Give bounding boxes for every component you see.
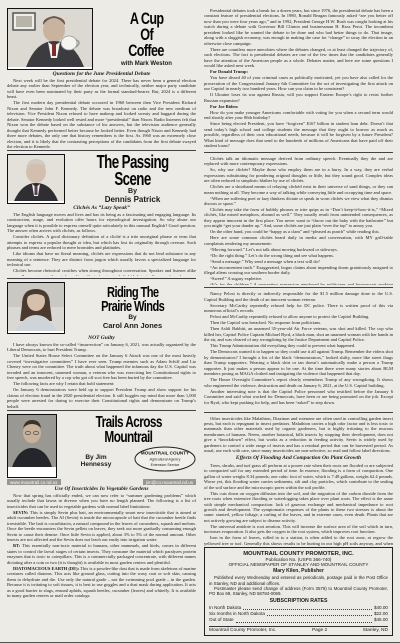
article-trails-mountrail: Trails Across Mountrail By Jim Hennessy …: [7, 414, 196, 599]
paragraph: The first modern day presidential debate…: [7, 100, 196, 148]
subscription-rates-title: SUBSCRIPTION RATES: [209, 598, 388, 604]
paragraph: Then Ashli Babbitt, an unarmed 35-year-o…: [204, 326, 393, 342]
dotted-leader: [236, 622, 372, 623]
masthead-publish-info: Published every Wednesday and entered as…: [209, 575, 388, 586]
paragraph: Nancy Pelosi is directly or indirectly r…: [204, 291, 393, 302]
article-cup-of-coffee: A Cup Of Coffee with Mark Weston Questio…: [7, 8, 196, 148]
paragraph: Here are some common clichés heard daily…: [204, 235, 393, 246]
footer-city: Stanley, ND: [363, 628, 388, 633]
trails-continuation: Other insecticides like Malathion, Diazi…: [204, 416, 393, 548]
passing-scene-title: The Passing Scene: [69, 154, 196, 188]
paragraph: Consider clichés. A good dictionary defi…: [7, 234, 196, 250]
footer-paper-name: Mountrail County Promoter, Inc.: [209, 628, 276, 633]
cup-of-coffee-byline: with Mark Weston: [97, 61, 196, 67]
paragraph: Then the Capitol was breached. No respon…: [204, 320, 393, 325]
paragraph: The English language moves and lives and…: [7, 212, 196, 234]
paragraph: I have always known the so-called “insur…: [7, 342, 196, 353]
paragraph: On January 6 demonstrators were held up …: [7, 387, 196, 408]
paragraph: Presidential debates took a break for a …: [204, 8, 393, 46]
prairie-winds-by: By: [69, 314, 196, 321]
page-number: Page 2: [312, 628, 327, 633]
cup-of-coffee-continuation: Presidential debates took a break for a …: [204, 8, 393, 150]
paragraph: “Do the right thing.” Let’s do the wrong…: [204, 253, 393, 258]
paragraph: This cuts down on oxygen diffusion into …: [204, 491, 393, 524]
paragraph: “An inconvenient truth.” Exaggerated, bo…: [204, 265, 393, 276]
title-line: Trails Across: [95, 415, 161, 430]
passing-scene-by: By: [69, 188, 196, 195]
title-line: Coffee: [129, 43, 165, 59]
paragraph: Other insecticides like Malathion, Diazi…: [204, 416, 393, 454]
item-text: This is a powder-like dust that is made …: [7, 566, 196, 598]
trails-second-subhead: Effects Of Flooding And Compaction On Pl…: [204, 455, 393, 462]
logo-text: MOUNTRAIL COUNTY: [141, 451, 189, 456]
title-line: Mountrail: [105, 430, 153, 445]
paragraph: “It’s for the children.” A nauseating ex…: [204, 282, 393, 285]
paragraph: You have dissed 40 of your criminal case…: [204, 75, 393, 91]
trails-body: Now that spring has officially ended, we…: [7, 493, 196, 599]
masthead-footer: Mountrail County Promoter, Inc. Page 2 S…: [209, 626, 388, 634]
prairie-winds-continuation: Nancy Pelosi is directly or indirectly r…: [204, 291, 393, 409]
cup-of-coffee-body: Next week will be the first presidential…: [7, 78, 196, 148]
item-lead: SEVIN:: [13, 510, 28, 515]
paragraph: The following facts are why I retain tha…: [7, 381, 196, 386]
article-divider: [204, 412, 393, 413]
paragraph: On the other hand, you could be “happy a…: [204, 229, 393, 234]
passing-scene-subhead: Clichés As “Lazy Speak”: [7, 205, 196, 211]
prairie-winds-body: I have always known the so-called “insur…: [7, 342, 196, 408]
rate-row: Out of State $45.00: [209, 617, 388, 623]
trails-email: jim@co.mountrail.nd.us: [143, 479, 196, 485]
paragraph: Another interesting note is that the Cap…: [204, 389, 393, 405]
paragraph: The universal antidote is root aeration.…: [204, 524, 393, 535]
paragraph: Trees, shrubs, and turf grass all perfor…: [204, 463, 393, 490]
paragraph: “When are suffering poet or lazy thinker…: [204, 196, 393, 207]
article-divider: [204, 152, 393, 153]
paragraph: If Ukraine loses its war against Russia,…: [204, 92, 393, 103]
article-divider: [7, 278, 196, 279]
article-divider: [204, 287, 393, 288]
title-line: Scene: [114, 171, 150, 188]
paragraph: Clichés become rhetorical crutches when …: [7, 268, 196, 276]
item-lead: DIATOMACEOUS EARTH (DE):: [13, 566, 79, 571]
article-divider: [7, 410, 196, 411]
trails-mountrail-author: By Jim Hennessy: [61, 455, 131, 469]
cup-of-coffee-title: A Cup Of Coffee: [97, 11, 196, 59]
rate-label: Out of State: [209, 617, 234, 623]
paragraph: Clichés are a shorthand means of relayin…: [204, 184, 393, 195]
article-prairie-winds: Riding The Prairie Winds By Carol Ann Jo…: [7, 282, 196, 408]
paragraph: Since being elected President, you have …: [204, 121, 393, 148]
paragraph: Pelosi and McCarthy repeatedly refused t…: [204, 314, 393, 319]
item-text: This essentially non-toxic material to h…: [7, 543, 196, 564]
item-text: This is simply Sevin plus bait, an envir…: [7, 510, 196, 542]
masthead-official-line: OFFICIAL NEWSPAPER OF STANLEY AND MOUNTR…: [209, 562, 388, 567]
right-column: Presidential debates took a break for a …: [204, 8, 393, 636]
prairie-winds-title: Riding The Prairie Winds: [69, 286, 196, 315]
logo-text: Extension Service: [151, 463, 180, 467]
trails-mountrail-title: Trails Across Mountrail: [61, 415, 196, 445]
cup-of-coffee-photo: [7, 8, 93, 70]
dotted-leader: [267, 615, 372, 616]
trails-subhead: Use Of Insecticides In Vegetable Gardens: [7, 486, 196, 492]
paragraph: Clichés talk an idiomatic message derive…: [204, 156, 393, 167]
paragraph: Next week will be the first presidential…: [7, 78, 196, 100]
paragraph: Now that spring has officially ended, we…: [7, 493, 196, 509]
newspaper-page: A Cup Of Coffee with Mark Weston Questio…: [0, 0, 400, 643]
paragraph: SEVIN: This is simply Sevin plus bait, a…: [7, 510, 196, 543]
question-heading-trump: For Donald Trump:: [204, 69, 393, 74]
paragraph: Iron in the form of leaves, rolled in to…: [204, 535, 393, 547]
passing-scene-photo: [7, 154, 65, 204]
cup-of-coffee-subhead: Questions for the June Presidential Deba…: [7, 71, 196, 77]
trails-mountrail-photo: [7, 414, 57, 478]
mountrail-county-logo: MOUNTRAIL COUNTY Agricultural Agency Ext…: [134, 446, 196, 477]
paragraph: The Democrats wanted it to happen so the…: [204, 349, 393, 376]
masthead-box: MOUNTRAIL COUNTY PROMOTER, INC. Publicat…: [204, 547, 393, 636]
paragraph: The House Oversight Committee’s report c…: [204, 377, 393, 388]
prairie-winds-subhead: NOT Guilty: [7, 335, 196, 341]
paragraph: So, why use clichés? Maybe those who emp…: [204, 167, 393, 183]
passing-scene-continuation: Clichés talk an idiomatic message derive…: [204, 156, 393, 286]
paragraph: Clichés may take the form of bubbly phra…: [204, 207, 393, 229]
title-line: Prairie Winds: [101, 300, 164, 314]
question-heading-biden: For Joe Biden:: [204, 104, 393, 109]
dotted-leader: [243, 609, 372, 610]
paragraph: There are countless more anecdotes where…: [204, 47, 393, 69]
paragraph: “Moving forward.” Let’s not talk about m…: [204, 247, 393, 252]
byline-line: Hennessy: [81, 461, 112, 468]
rate-value: $45.00: [374, 617, 388, 623]
passing-scene-author: Dennis Patrick: [69, 195, 196, 204]
paragraph: “Sweet!” A sugary expletive.: [204, 276, 393, 281]
prairie-winds-photo: [7, 282, 65, 334]
masthead-publisher: Mary Kilen, Publisher: [209, 568, 388, 574]
paragraph: DIATOMACEOUS EARTH (DE): This is a powde…: [7, 566, 196, 599]
logo-text: Agricultural Agency: [149, 458, 181, 462]
passing-scene-body: The English language moves and lives and…: [7, 212, 196, 276]
article-passing-scene: The Passing Scene By Dennis Patrick Clic…: [7, 154, 196, 276]
trails-website: www.mountrail.co.nd.us: [7, 479, 61, 485]
paragraph: The United States House Select Committee…: [7, 353, 196, 380]
article-divider: [7, 150, 196, 151]
prairie-winds-author: Carol Ann Jones: [69, 321, 196, 330]
item-lead: BT:: [13, 543, 20, 548]
paragraph: This Trump Administration did everything…: [204, 343, 393, 348]
question-heading-both: For Both Candidates:: [204, 149, 393, 150]
masthead-postmaster-info: Postmaster please send change of address…: [209, 586, 388, 597]
paragraph: Like idioms that have no literal meaning…: [7, 251, 196, 267]
left-column: A Cup Of Coffee with Mark Weston Questio…: [7, 8, 196, 636]
paragraph: Secretary McCarthy repeatedly refused he…: [204, 303, 393, 314]
paragraph: BT: This essentially non-toxic material …: [7, 543, 196, 565]
paragraph: “Send a message.” Why send a message whe…: [204, 259, 393, 264]
paragraph: How do you make younger Americans comfor…: [204, 110, 393, 121]
trails-contact-row: www.mountrail.co.nd.us jim@co.mountrail.…: [7, 479, 196, 485]
